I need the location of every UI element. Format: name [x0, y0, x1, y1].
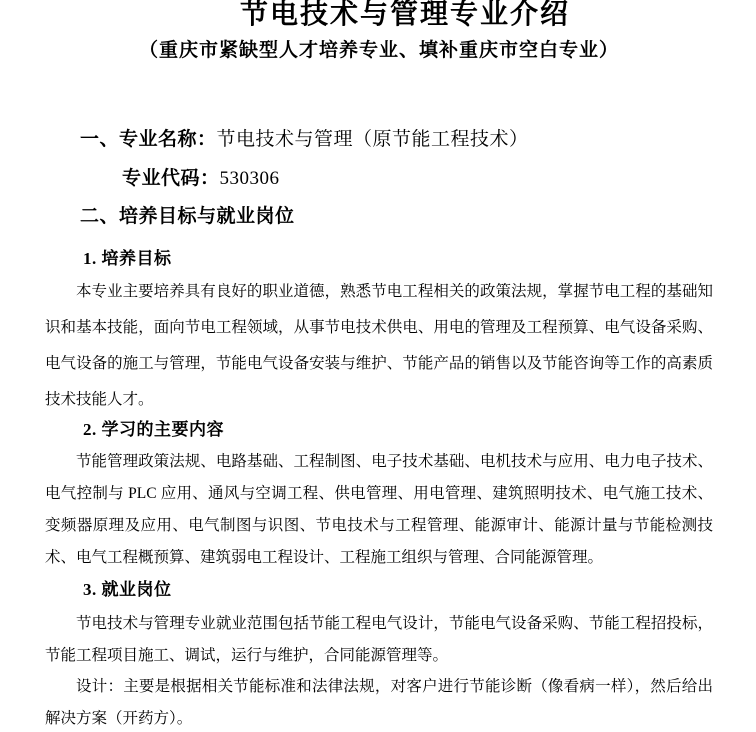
page-title: 节电技术与管理专业介绍 [45, 0, 713, 34]
major-name-value: 节电技术与管理（原节能工程技术） [217, 129, 529, 150]
subheading-training-goal: 1. 培养目标 [45, 247, 713, 271]
paragraph-employment-scope: 节电技术与管理专业就业范围包括节能工程电气设计，节能电气设备采购、节能工程招投标… [45, 608, 713, 672]
subheading-study-content: 2. 学习的主要内容 [45, 418, 713, 442]
paragraph-study-content: 节能管理政策法规、电路基础、工程制图、电子技术基础、电机技术与应用、电力电子技术… [45, 446, 713, 574]
page-subtitle: （重庆市紧缺型人才培养专业、填补重庆市空白专业） [45, 37, 713, 64]
major-name-label: 一、专业名称： [80, 129, 217, 150]
section-heading-major-name: 一、专业名称：节电技术与管理（原节能工程技术） [45, 127, 713, 152]
major-code-value: 530306 [220, 168, 280, 189]
major-code-row: 专业代码：530306 [45, 166, 713, 191]
subheading-employment: 3. 就业岗位 [45, 578, 713, 602]
paragraph-training-goal: 本专业主要培养具有良好的职业道德，熟悉节电工程相关的政策法规，掌握节电工程的基础… [45, 274, 713, 418]
paragraph-design-note: 设计：主要是根据相关节能标准和法律法规，对客户进行节能诊断（像看病一样），然后给… [45, 671, 713, 732]
document-page: 节电技术与管理专业介绍 （重庆市紧缺型人才培养专业、填补重庆市空白专业） 一、专… [0, 0, 756, 732]
major-code-label: 专业代码： [122, 168, 220, 189]
section-heading-goals: 二、培养目标与就业岗位 [45, 204, 713, 229]
